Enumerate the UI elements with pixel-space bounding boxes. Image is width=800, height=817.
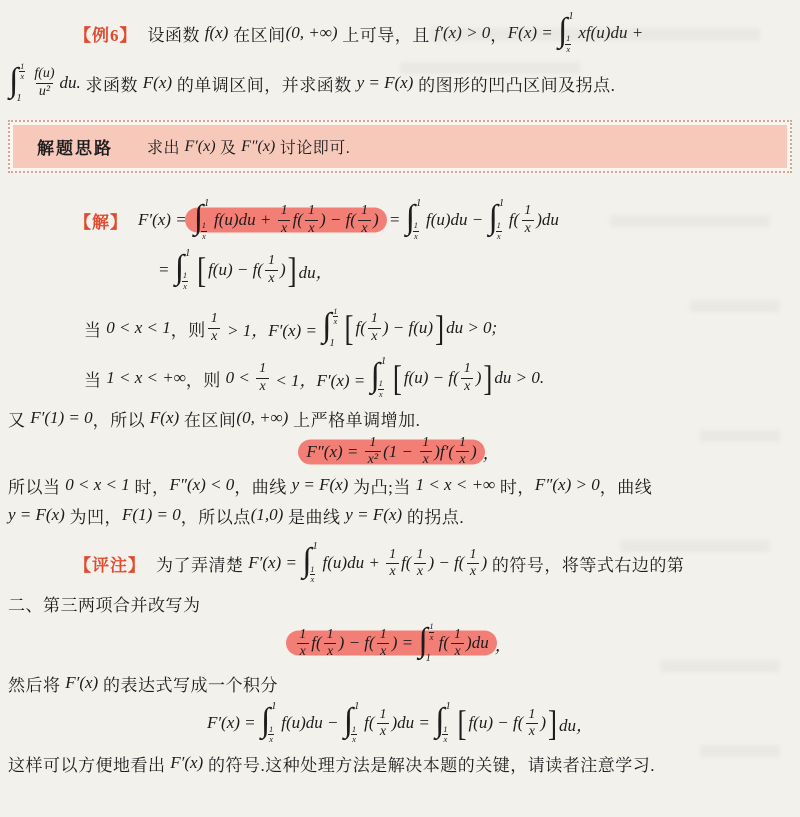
solution-line-expansion: 【解】 F′(x) =∫11xf(u)du + 1xf(1x) − f(1x) … — [8, 197, 792, 243]
remark-line-1: 【评注】 为了弄清楚 F′(x) = ∫11xf(u)du + 1xf(1x) … — [8, 540, 792, 586]
idea-box-title: 解题思路 — [37, 134, 113, 159]
example-formula-line-1: 设函数 f(x) 在区间(0, +∞) 上可导，且 f′(x) > 0，F(x)… — [148, 10, 644, 56]
example-statement-line-2: ∫1x1f(u)u²du. 求函数 F(x) 的单调区间，并求函数 y = F(… — [8, 60, 792, 106]
solution-second-derivative: F″(x) = 1x²(1 − 1x)f′(1x)， — [8, 435, 792, 468]
remark-rewrite-identity: 1xf(1x) − f(1x) = ∫1x1f(1x)du， — [8, 620, 792, 666]
solution-concavity-text-2: y = F(x) 为凹，F(1) = 0，所以点(1,0) 是曲线 y = F(… — [8, 503, 464, 528]
solution-case-x-above-1: 当 1 < x < +∞，则 0 < 1x < 1，F′(x) = ∫11x[f… — [8, 355, 792, 401]
idea-box-text: 求出 F′(x) 及 F″(x) 讨论即可. — [147, 135, 350, 158]
remark-line-4: 然后将 F′(x) 的表达式写成一个积分 — [8, 670, 792, 696]
remark-label: 【评注】 — [74, 551, 146, 576]
remark-intro-formula: 为了弄清楚 F′(x) = ∫11xf(u)du + 1xf(1x) − f(1… — [156, 540, 684, 586]
textbook-page: 【例6】 设函数 f(x) 在区间(0, +∞) 上可导，且 f′(x) > 0… — [8, 10, 792, 776]
solution-concavity-line-1: 所以当 0 < x < 1 时，F″(x) < 0，曲线 y = F(x) 为凸… — [8, 472, 792, 498]
solution-case-2-formula: 当 1 < x < +∞，则 0 < 1x < 1，F′(x) = ∫11x[f… — [84, 355, 544, 401]
example-formula-line-2: ∫1x1f(u)u²du. 求函数 F(x) 的单调区间，并求函数 y = F(… — [8, 60, 615, 106]
remark-single-integral-text: 然后将 F′(x) 的表达式写成一个积分 — [8, 671, 278, 696]
solution-second-derivative-formula: F″(x) = 1x²(1 − 1x)f′(1x)， — [300, 435, 499, 468]
remark-rewrite-formula: 1xf(1x) − f(1x) = ∫1x1f(1x)du， — [288, 620, 511, 666]
remark-single-integral: F′(x) = ∫11xf(u)du − ∫11xf(1x)du = ∫11x[… — [8, 700, 792, 746]
solution-concavity-text-1: 所以当 0 < x < 1 时，F″(x) < 0，曲线 y = F(x) 为凸… — [8, 473, 652, 498]
remark-single-integral-formula: F′(x) = ∫11xf(u)du − ∫11xf(1x)du = ∫11x[… — [207, 700, 593, 746]
remark-rewrite-text: 二、第三两项合并改写为 — [8, 591, 201, 616]
solution-line-combined-integral: = ∫11x[f(u) − f(1x)]du， — [8, 247, 792, 293]
solution-concavity-line-2: y = F(x) 为凹，F(1) = 0，所以点(1,0) 是曲线 y = F(… — [8, 502, 792, 528]
remark-line-2: 二、第三两项合并改写为 — [8, 590, 792, 616]
solution-case-x-below-1: 当 0 < x < 1，则1x > 1，F′(x) = ∫1x1[f(1x) −… — [8, 305, 792, 351]
idea-box-inner: 解题思路 求出 F′(x) 及 F″(x) 讨论即可. — [13, 125, 787, 168]
idea-box: 解题思路 求出 F′(x) 及 F″(x) 讨论即可. — [8, 120, 792, 173]
remark-closing: 这样可以方便地看出 F′(x) 的符号.这种处理方法是解决本题的关键，请读者注意… — [8, 750, 792, 776]
solution-monotonic-text: 又 F′(1) = 0，所以 F(x) 在区间(0, +∞) 上严格单调增加. — [8, 406, 420, 431]
example-label: 【例6】 — [74, 21, 138, 46]
example-statement-line-1: 【例6】 设函数 f(x) 在区间(0, +∞) 上可导，且 f′(x) > 0… — [8, 10, 792, 56]
solution-fprime-expansion: F′(x) =∫11xf(u)du + 1xf(1x) − f(1x) = ∫1… — [138, 197, 559, 243]
solution-combined-integral: = ∫11x[f(u) − f(1x)]du， — [158, 247, 333, 293]
solution-monotonic-conclusion: 又 F′(1) = 0，所以 F(x) 在区间(0, +∞) 上严格单调增加. — [8, 405, 792, 431]
solution-case-1-formula: 当 0 < x < 1，则1x > 1，F′(x) = ∫1x1[f(1x) −… — [84, 305, 497, 351]
solution-label: 【解】 — [74, 208, 128, 233]
remark-closing-text: 这样可以方便地看出 F′(x) 的符号.这种处理方法是解决本题的关键，请读者注意… — [8, 751, 655, 776]
